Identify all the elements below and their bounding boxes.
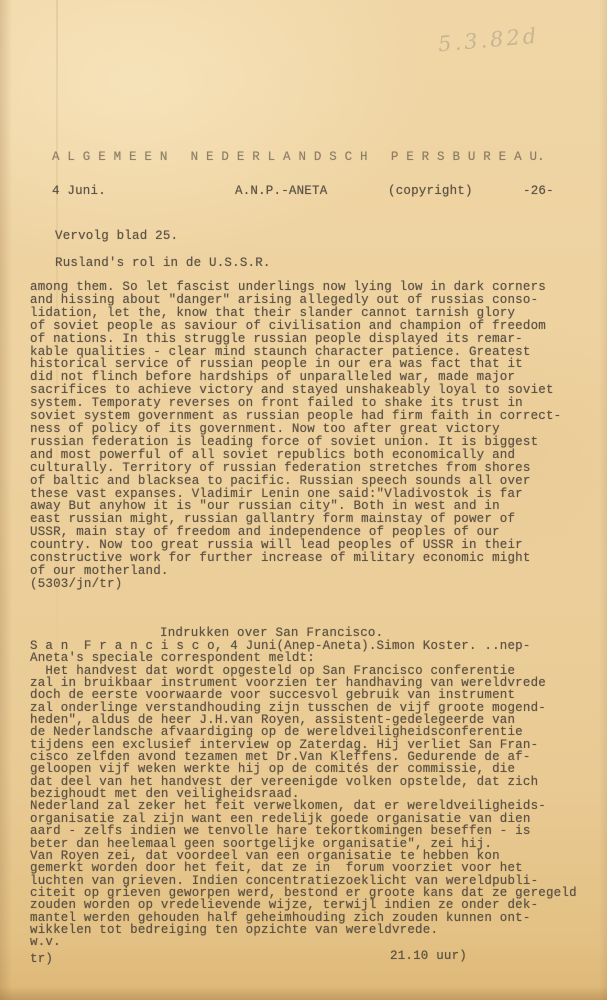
translator-mark: tr) xyxy=(30,952,53,966)
article-russia-body: among them. So let fascist underlings no… xyxy=(30,281,590,578)
editor-initials: w.v. xyxy=(30,936,598,949)
article-sf-body: S a n F r a n c i s c o, 4 Juni(Anep-Ane… xyxy=(30,640,598,936)
scanned-press-bulletin-page: 5.3.82d A L G E M E E N N E D E R L A N … xyxy=(0,0,607,1000)
footer-line: tr) 21.10 uur) xyxy=(30,949,598,963)
article-russia-signoff: (5303/jn/tr) xyxy=(30,578,590,591)
continuation-label: Vervolg blad 25. xyxy=(55,229,178,243)
handwritten-archive-note: 5.3.82d xyxy=(437,24,540,57)
time-stamp: 21.10 uur) xyxy=(390,949,467,963)
paper-edge-right-shadow xyxy=(599,0,607,1000)
paper-edge-left-shadow xyxy=(0,0,12,1000)
article-title-russia: Rusland's rol in de U.S.S.R. xyxy=(55,256,271,270)
agency-masthead: A L G E M E E N N E D E R L A N D S C H … xyxy=(52,150,545,164)
date-label: 4 Juni. xyxy=(52,184,106,198)
agency-name: A.N.P.-ANETA xyxy=(235,184,327,198)
article-russia: among them. So let fascist underlings no… xyxy=(30,281,590,591)
paper-edge-bottom-shadow xyxy=(0,987,607,1000)
header-meta-line: 4 Juni. A.N.P.-ANETA (copyright) -26- xyxy=(30,184,596,200)
copyright-label: (copyright) xyxy=(388,184,473,198)
article-san-francisco: Indrukken over San Francisco. S a n F r … xyxy=(30,627,598,963)
page-number: -26- xyxy=(523,184,554,198)
